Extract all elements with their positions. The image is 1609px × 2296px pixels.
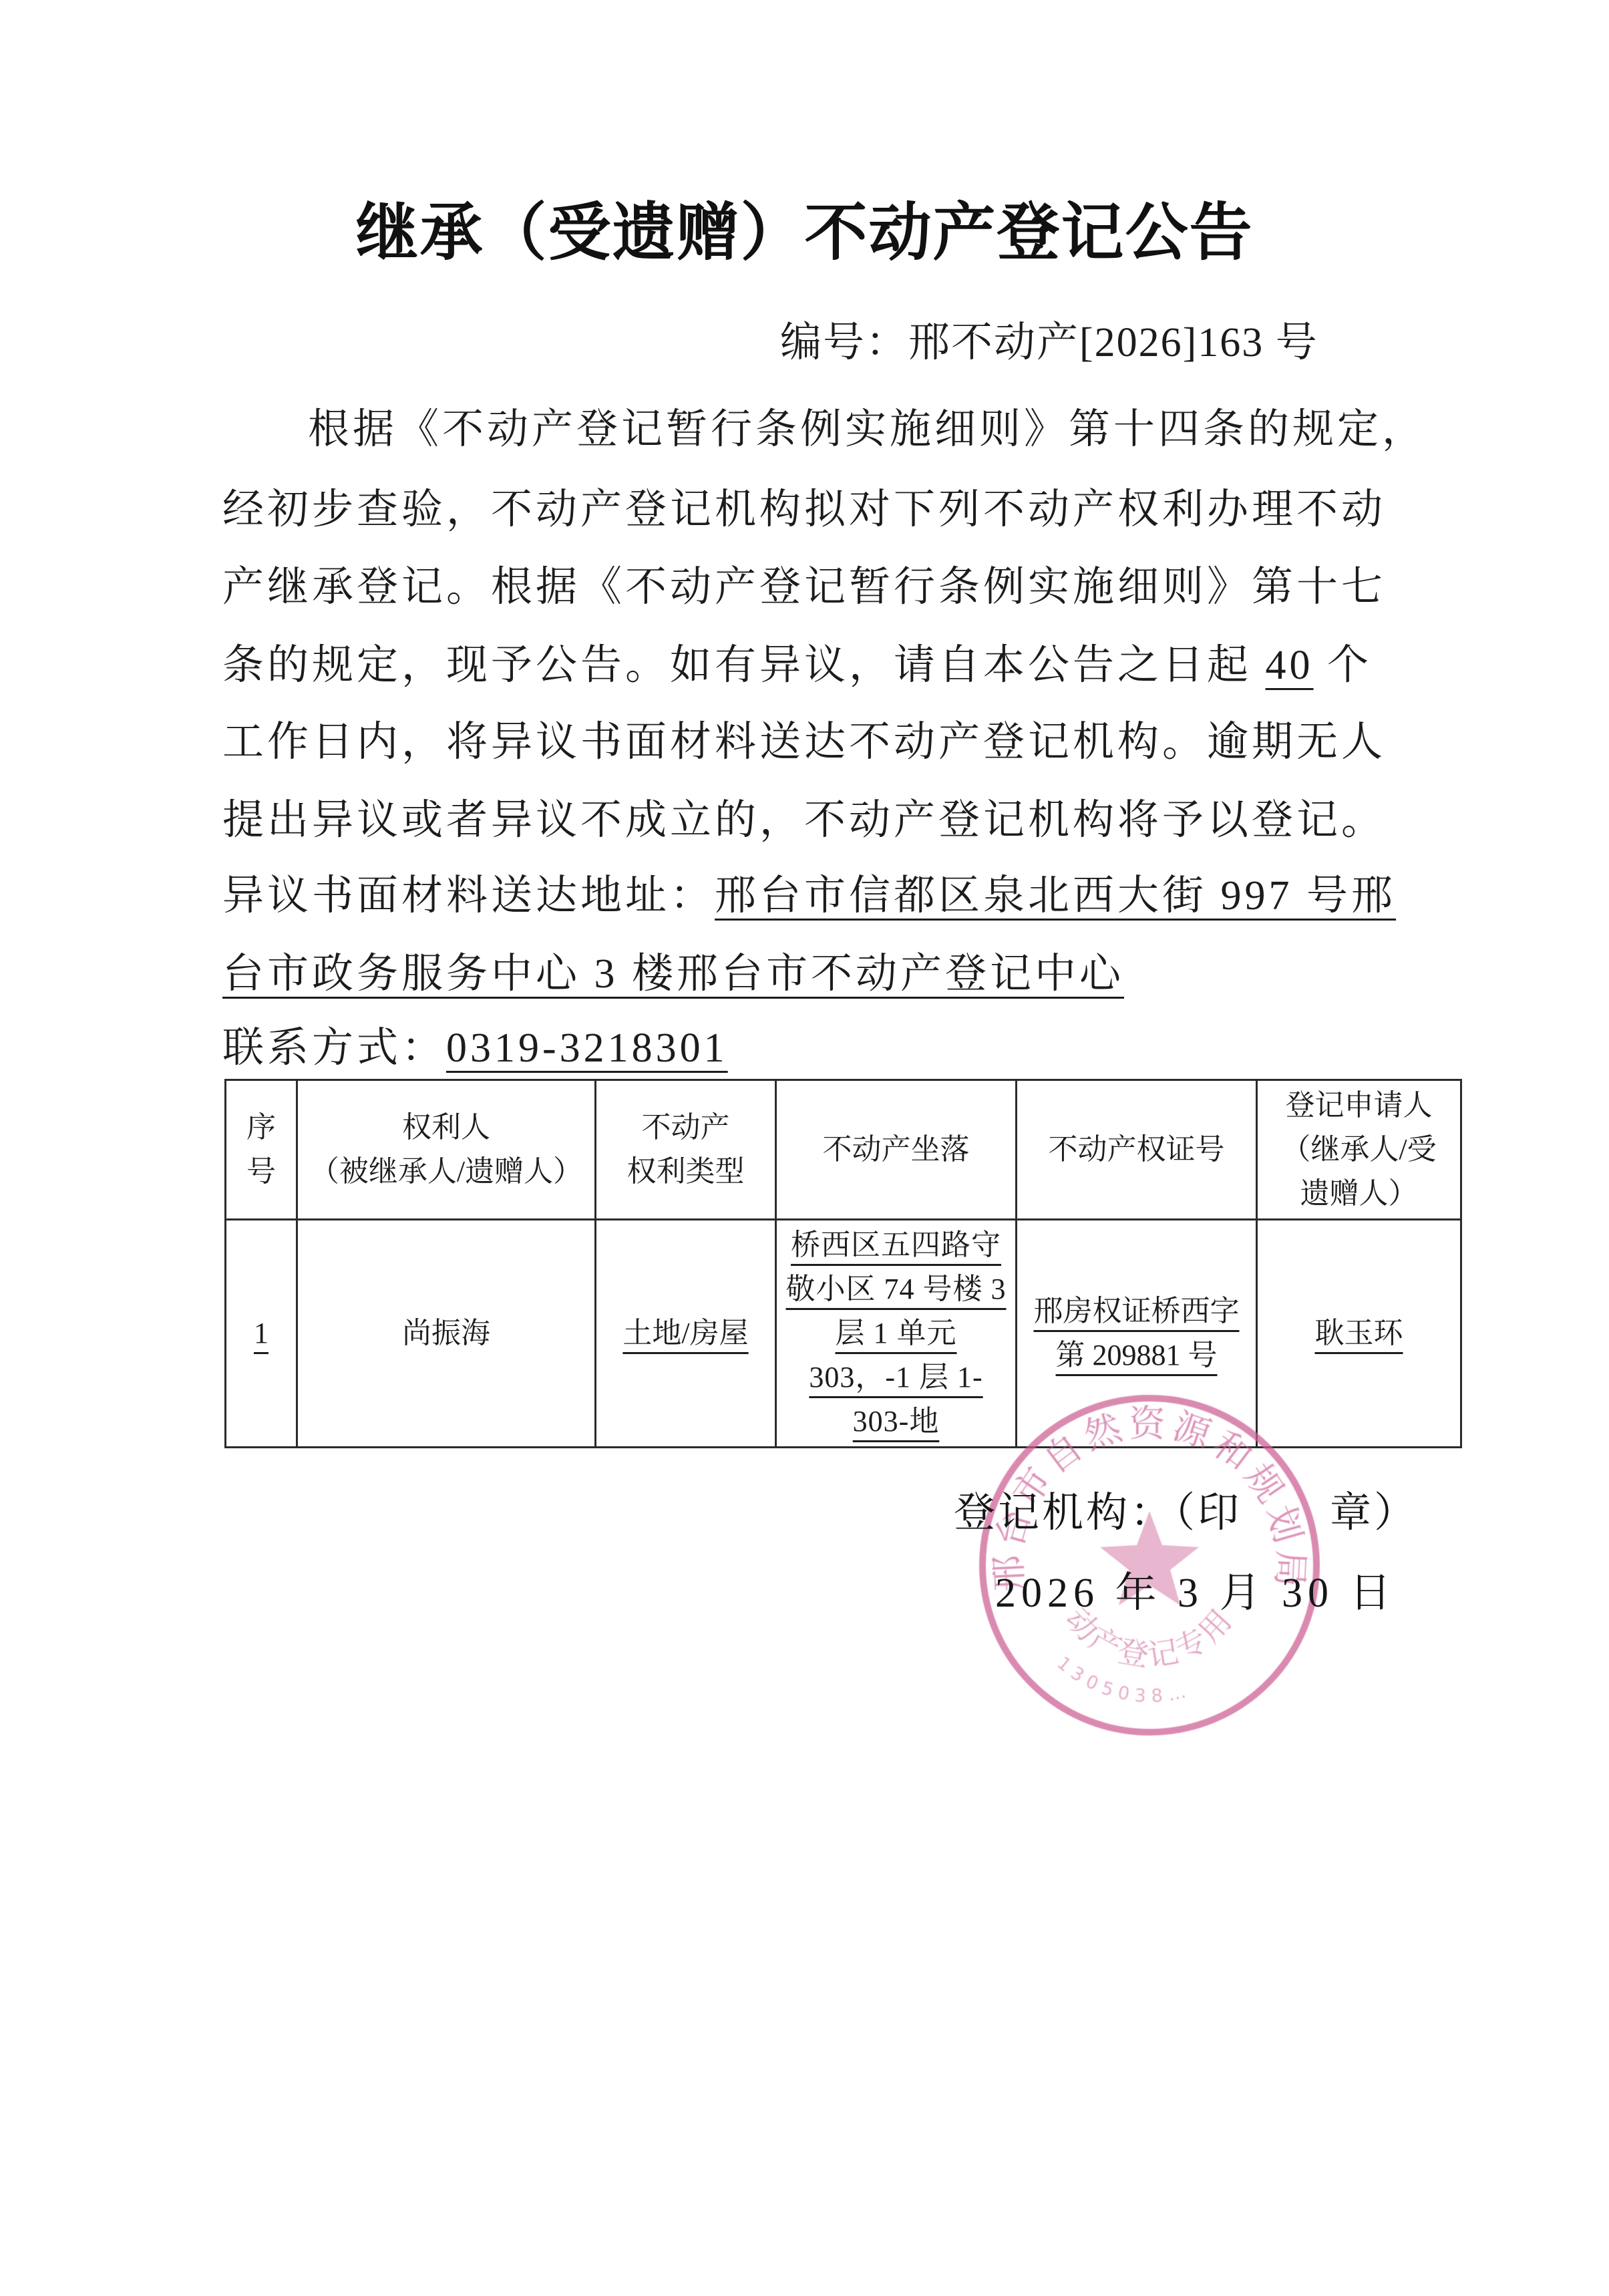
table-header-row: 序 号 权利人 （被继承人/遗赠人） 不动产 权利类型 不动产坐落 不动产权证号…	[226, 1080, 1461, 1220]
body-line-4: 条的规定，现予公告。如有异议，请自本公告之日起 40 个	[222, 631, 1425, 691]
announcement-date: 2026 年 3 月 30 日	[995, 1559, 1397, 1619]
header-right-type: 不动产 权利类型	[596, 1080, 776, 1220]
header-seq: 序 号	[226, 1080, 297, 1220]
delivery-address-part1: 邢台市信都区泉北西大街 997 号邢	[715, 873, 1396, 919]
applicant-value: 耿玉环	[1315, 1317, 1403, 1349]
cell-right-type: 土地/房屋	[596, 1220, 776, 1448]
body-line-7: 异议书面材料送达地址：邢台市信都区泉北西大街 997 号邢	[222, 862, 1425, 921]
body-line-2: 经初步查验，不动产登记机构拟对下列不动产权利办理不动	[222, 476, 1425, 535]
registration-authority-line: 登记机构：（印 章）	[954, 1479, 1418, 1538]
body-line-3: 产继承登记。根据《不动产登记暂行条例实施细则》第十七	[222, 553, 1425, 613]
page-title: 继承（受遗赠）不动产登记公告	[0, 182, 1609, 272]
body-line-4-pre: 条的规定，现予公告。如有异议，请自本公告之日起	[222, 643, 1266, 688]
body-line-5: 工作日内，将异议书面材料送达不动产登记机构。逾期无人	[222, 708, 1425, 768]
body-line-9: 联系方式：0319-3218301	[222, 1014, 1425, 1074]
seq-value: 1	[254, 1317, 269, 1349]
header-applicant: 登记申请人 （继承人/受 遗赠人）	[1257, 1080, 1461, 1220]
header-cert-no: 不动产权证号	[1017, 1080, 1257, 1220]
header-location: 不动产坐落	[776, 1080, 1017, 1220]
contact-phone: 0319-3218301	[446, 1025, 728, 1071]
delivery-address-label: 异议书面材料送达地址：	[222, 873, 715, 919]
header-owner: 权利人 （被继承人/遗赠人）	[297, 1080, 596, 1220]
delivery-address-part2: 台市政务服务中心 3 楼邢台市不动产登记中心	[222, 951, 1124, 997]
body-line-6: 提出异议或者异议不成立的，不动产登记机构将予以登记。	[222, 786, 1425, 846]
document-number: 编号：邢不动产[2026]163 号	[780, 309, 1318, 368]
cell-seq: 1	[226, 1220, 297, 1448]
contact-label: 联系方式：	[222, 1025, 446, 1071]
right-type-value: 土地/房屋	[622, 1317, 748, 1349]
cell-owner: 尚振海	[297, 1220, 596, 1448]
body-line-4-post: 个	[1314, 643, 1373, 688]
announcement-page: 继承（受遗赠）不动产登记公告 编号：邢不动产[2026]163 号 根据《不动产…	[0, 0, 1609, 2296]
cert-no-value: 邢房权证桥西字第 209881 号	[1034, 1295, 1240, 1371]
body-line-8: 台市政务服务中心 3 楼邢台市不动产登记中心	[222, 940, 1425, 999]
objection-days-value: 40	[1266, 643, 1314, 688]
owner-value: 尚振海	[402, 1317, 490, 1349]
body-line-1: 根据《不动产登记暂行条例实施细则》第十四条的规定，	[222, 395, 1510, 455]
